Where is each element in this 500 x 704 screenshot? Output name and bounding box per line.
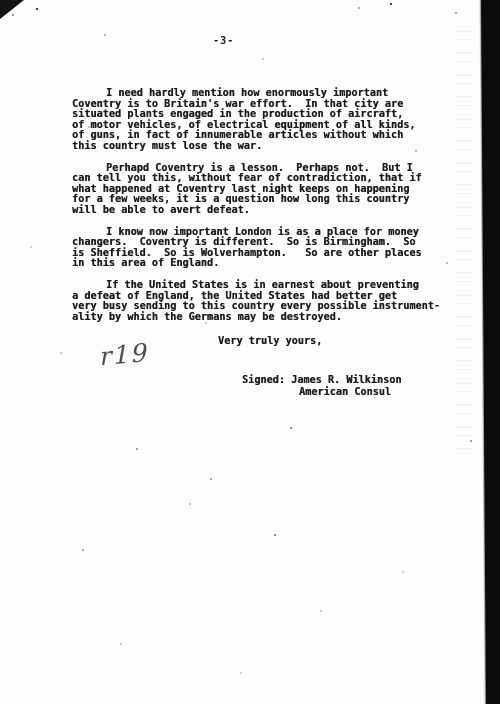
scan-bleed-marks — [456, 30, 472, 450]
scan-edge-band — [481, 0, 500, 704]
signature-signed-line: Signed: James R. Wilkinson — [242, 375, 401, 387]
paragraph-2: Perhapd Coventry is a lesson. Perhaps no… — [72, 164, 452, 217]
paragraph-3: I know now important London is as a plac… — [72, 228, 452, 270]
paragraph-1: I need hardly mention how enormously imp… — [72, 89, 452, 153]
scanned-letter-page: -3- I need hardly mention how enormously… — [0, 0, 500, 704]
letter-body: I need hardly mention how enormously imp… — [72, 89, 452, 334]
handwritten-annotation: r19 — [100, 338, 150, 371]
page-number: -3- — [213, 36, 234, 47]
scan-corner-artifact — [0, 0, 24, 19]
closing-salutation: Very truly yours, — [218, 336, 322, 347]
paragraph-4: If the United States is in earnest about… — [72, 281, 452, 323]
scan-noise-specks — [0, 0, 2, 2]
signature-block: Signed: James R. Wilkinson American Cons… — [242, 375, 401, 398]
signature-title-line: American Consul — [242, 387, 401, 399]
